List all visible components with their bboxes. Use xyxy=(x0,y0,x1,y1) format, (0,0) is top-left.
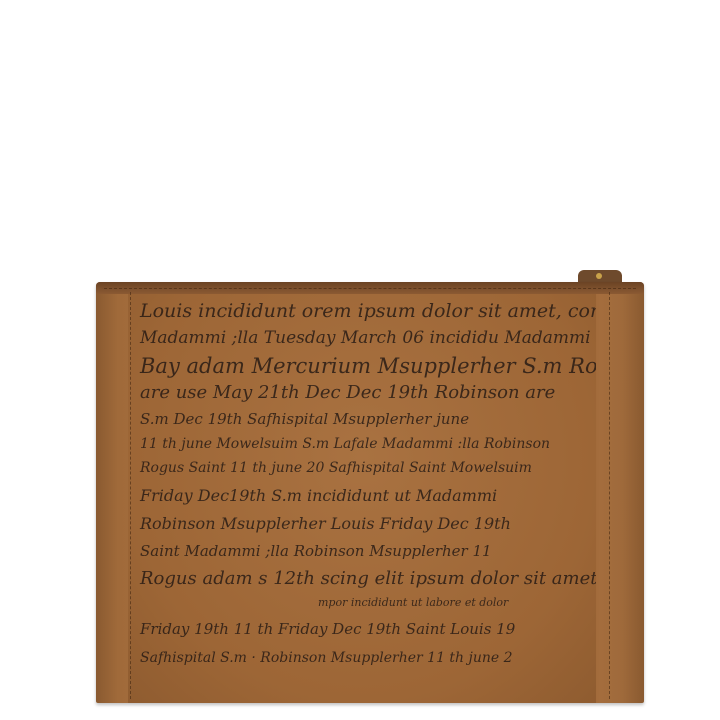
engraved-text: 11 th june Mowelsuim S.m Lafale Madammi … xyxy=(140,436,550,452)
engraved-text: S.m Dec 19th Safhispital Msupplerher jun… xyxy=(140,410,469,428)
engraved-text: Madammi ;lla Tuesday March 06 incididu M… xyxy=(140,328,596,348)
right-stitching xyxy=(609,292,610,699)
engraved-text: Louis incididunt orem ipsum dolor sit am… xyxy=(140,300,596,322)
leather-pouch: Louis incididunt orem ipsum dolor sit am… xyxy=(96,282,644,703)
engraved-text: are use May 21th Dec Dec 19th Robinson a… xyxy=(140,382,555,403)
engraved-text: Bay adam Mercurium Msupplerher S.m Rob xyxy=(140,354,596,378)
engraved-text: Friday 19th 11 th Friday Dec 19th Saint … xyxy=(140,620,515,638)
engraved-text: mpor incididunt ut labore et dolor xyxy=(318,596,508,609)
engraved-text: Robinson Msupplerher Louis Friday Dec 19… xyxy=(140,514,511,533)
engraved-text: Friday Dec19th S.m incididunt ut Madammi xyxy=(140,486,497,505)
engraved-text: Safhispital S.m · Robinson Msupplerher 1… xyxy=(140,650,513,666)
left-stitching xyxy=(130,292,131,699)
engraved-text: Rogus Saint 11 th june 20 Safhispital Sa… xyxy=(140,460,532,476)
engraved-panel: Louis incididunt orem ipsum dolor sit am… xyxy=(128,294,596,703)
engraved-text: Saint Madammi ;lla Robinson Msupplerher … xyxy=(140,542,492,560)
top-stitching xyxy=(104,288,636,289)
engraved-text: Rogus adam s 12th scing elit ipsum dolor… xyxy=(140,568,596,589)
